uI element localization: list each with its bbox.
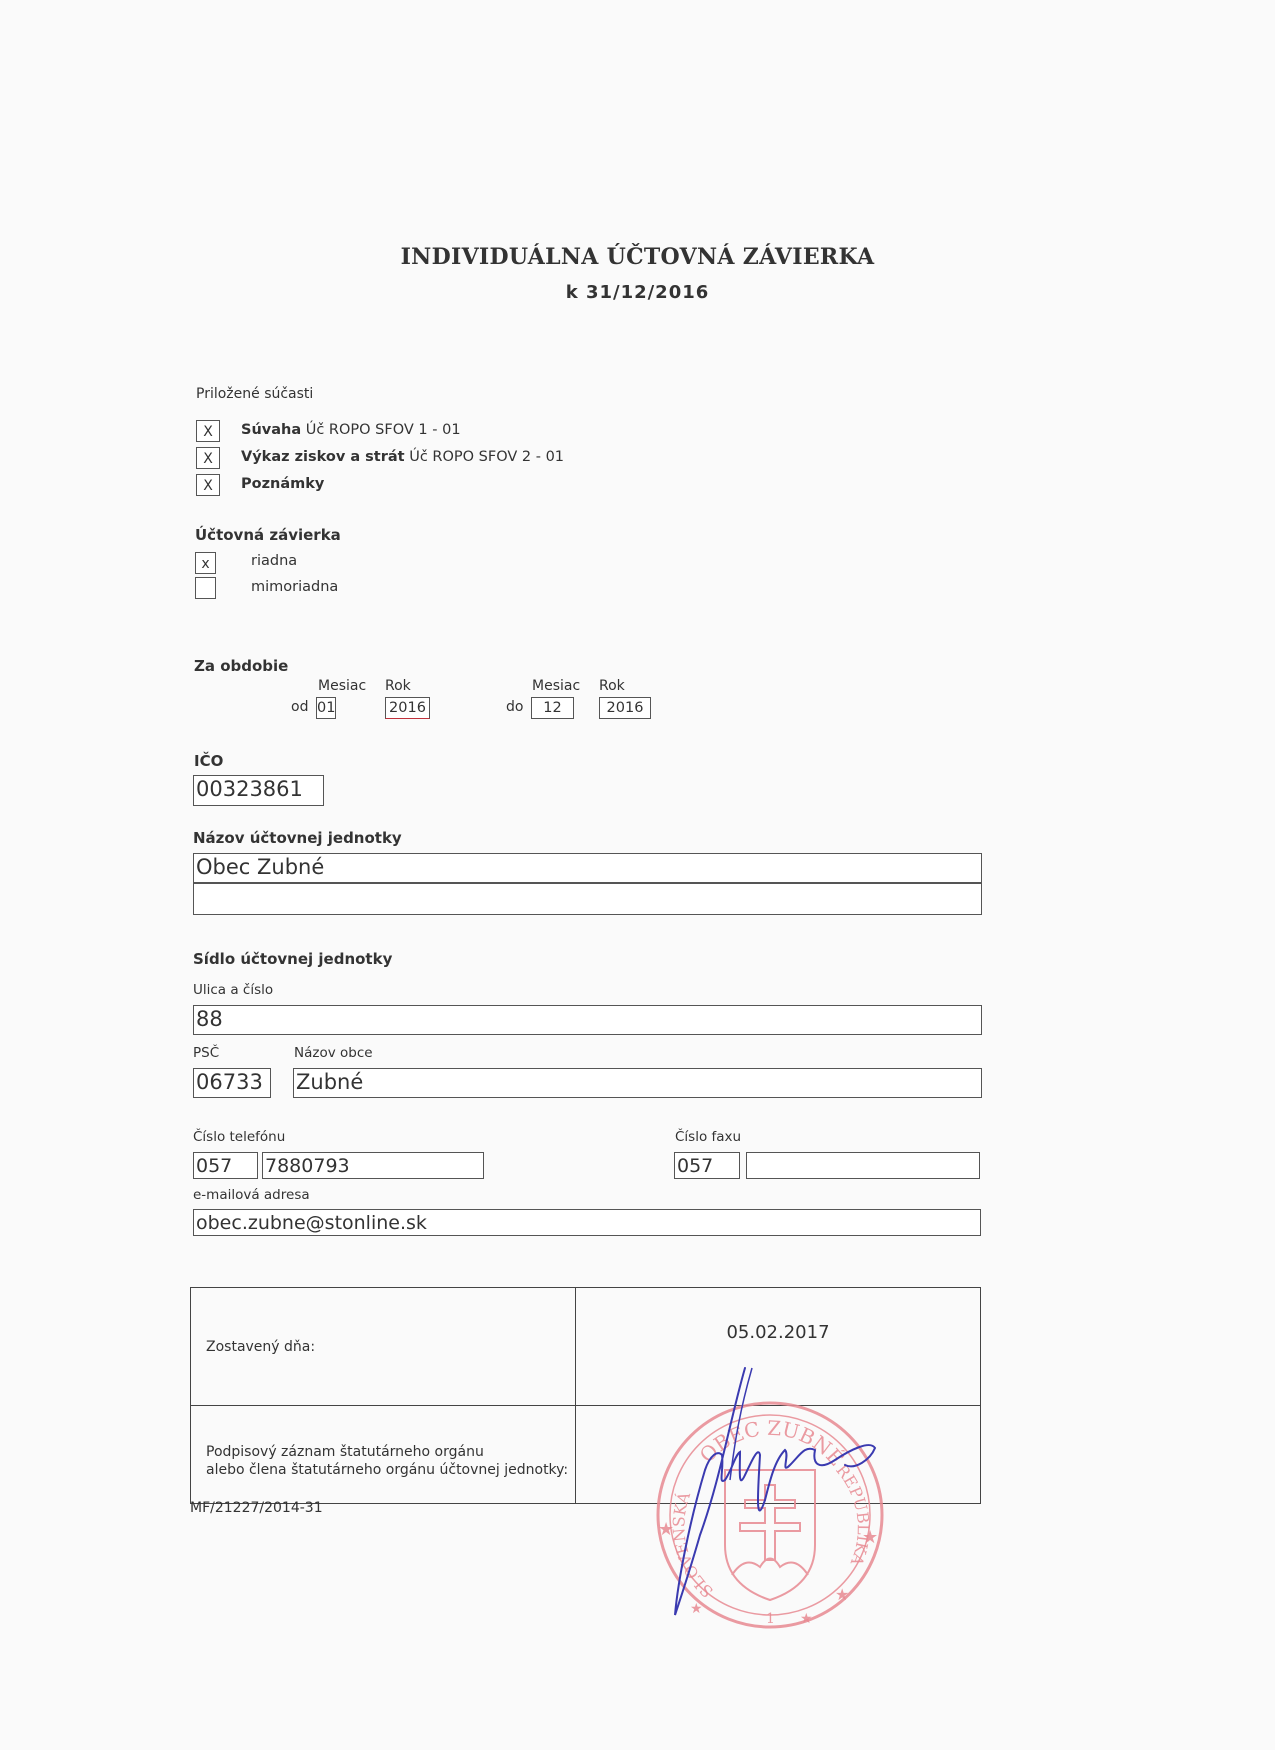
attachments-label: Priložené súčasti xyxy=(196,386,313,402)
fax-label: Číslo faxu xyxy=(675,1129,741,1145)
signature-label-line1: Podpisový záznam štatutárneho orgánu xyxy=(206,1444,484,1460)
statement-type-label-mimoriadna: mimoriadna xyxy=(251,579,338,595)
form-code: MF/21227/2014-31 xyxy=(190,1500,323,1516)
statement-type-checkbox-riadna[interactable]: x xyxy=(195,552,216,574)
fax-number-field[interactable] xyxy=(746,1152,980,1179)
street-field[interactable]: 88 xyxy=(193,1005,982,1035)
phone-label: Číslo telefónu xyxy=(193,1129,285,1145)
entity-name-label: Názov účtovnej jednotky xyxy=(193,829,402,847)
zip-field[interactable]: 06733 xyxy=(193,1068,271,1098)
zip-label: PSČ xyxy=(193,1045,219,1061)
email-label: e-mailová adresa xyxy=(193,1187,310,1203)
handwritten-signature-icon xyxy=(640,1360,910,1630)
from-year-label: Rok xyxy=(385,678,411,694)
to-year-field[interactable]: 2016 xyxy=(599,697,651,719)
signature-label-line2: alebo člena štatutárneho orgánu účtovnej… xyxy=(206,1462,568,1478)
statement-type-checkbox-mimoriadna[interactable] xyxy=(195,577,216,599)
to-month-field[interactable]: 12 xyxy=(531,697,574,719)
document-title: INDIVIDUÁLNA ÚČTOVNÁ ZÁVIERKA xyxy=(0,244,1275,270)
phone-number-field[interactable]: 7880793 xyxy=(262,1152,484,1179)
attachment-label-vykaz: Výkaz ziskov a strát Úč ROPO SFOV 2 - 01 xyxy=(241,449,564,465)
phone-prefix-field[interactable]: 057 xyxy=(193,1152,258,1179)
statement-type-label: Účtovná závierka xyxy=(195,526,341,544)
attachment-label-suvaha: Súvaha Úč ROPO SFOV 1 - 01 xyxy=(241,422,461,438)
from-month-label: Mesiac xyxy=(318,678,366,694)
to-label: do xyxy=(506,699,523,715)
from-year-field[interactable]: 2016 xyxy=(385,697,430,719)
ico-field[interactable]: 00323861 xyxy=(193,775,324,806)
attachment-label-poznamky: Poznámky xyxy=(241,476,324,492)
city-label: Názov obce xyxy=(294,1045,373,1061)
entity-name-line1[interactable]: Obec Zubné xyxy=(193,853,982,884)
address-label: Sídlo účtovnej jednotky xyxy=(193,950,392,968)
signature-record-label: Podpisový záznam štatutárneho orgánu ale… xyxy=(191,1406,576,1504)
attachment-checkbox-vykaz[interactable]: X xyxy=(196,447,220,469)
fax-prefix-field[interactable]: 057 xyxy=(674,1152,740,1179)
from-label: od xyxy=(291,699,308,715)
document-date: k 31/12/2016 xyxy=(0,282,1275,303)
to-month-label: Mesiac xyxy=(532,678,580,694)
email-field[interactable]: obec.zubne@stonline.sk xyxy=(193,1209,981,1236)
attachment-checkbox-poznamky[interactable]: X xyxy=(196,474,220,496)
ico-label: IČO xyxy=(194,752,223,770)
entity-name-line2[interactable] xyxy=(193,884,982,915)
city-field[interactable]: Zubné xyxy=(293,1068,982,1098)
from-month-field[interactable]: 01 xyxy=(316,697,336,719)
to-year-label: Rok xyxy=(599,678,625,694)
street-label: Ulica a číslo xyxy=(193,982,273,998)
statement-type-label-riadna: riadna xyxy=(251,553,297,569)
compiled-date-label: Zostavený dňa: xyxy=(191,1288,576,1406)
attachment-checkbox-suvaha[interactable]: X xyxy=(196,420,220,442)
period-label: Za obdobie xyxy=(194,657,288,675)
